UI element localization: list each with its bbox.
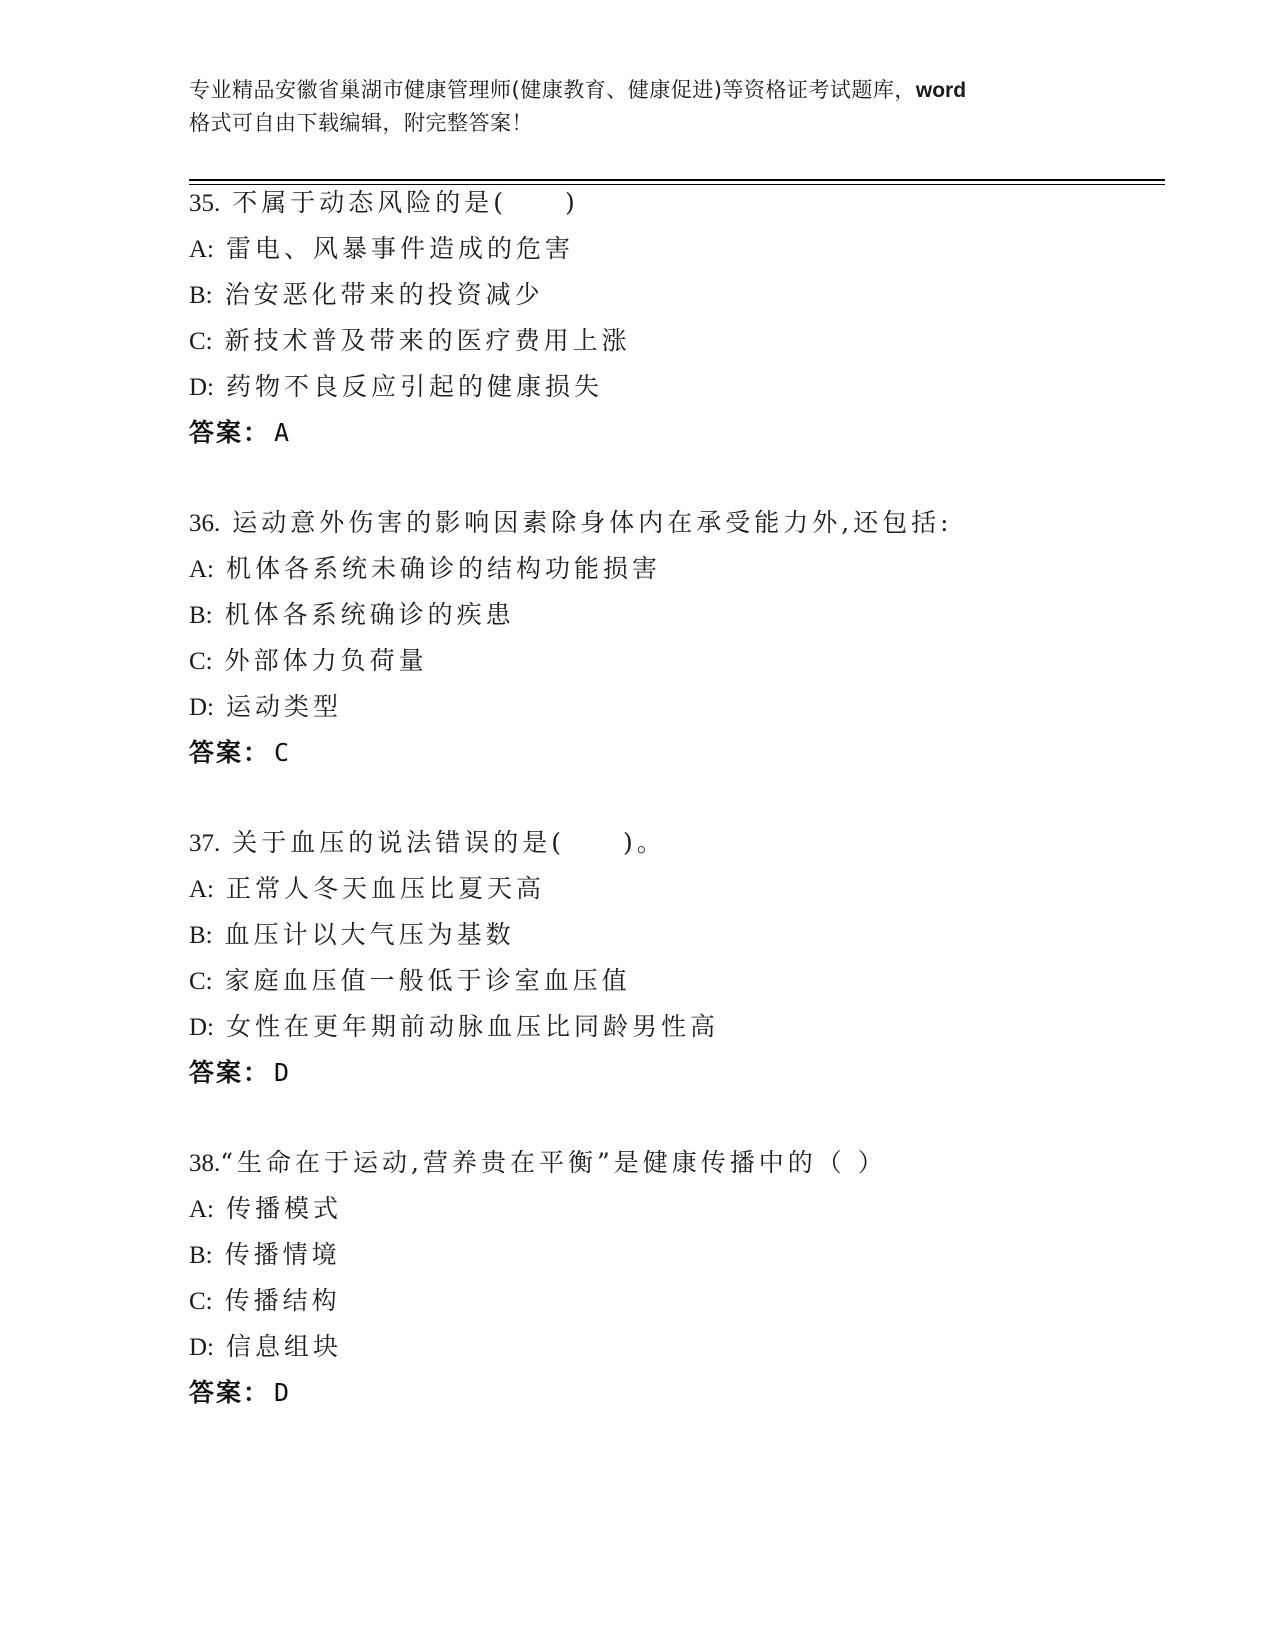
- answer-value: A: [274, 418, 291, 447]
- option-text: 机体各系统确诊的疾患: [225, 600, 515, 629]
- option-text: 血压计以大气压为基数: [225, 920, 515, 949]
- option-c: C: 家庭血压值一般低于诊室血压值: [189, 958, 1165, 1004]
- option-text: 外部体力负荷量: [225, 646, 428, 675]
- answer-label: 答案：: [189, 1058, 270, 1087]
- option-text: 药物不良反应引起的健康损失: [226, 372, 603, 401]
- option-text: 信息组块: [226, 1332, 342, 1361]
- answer-line: 答案：C: [189, 730, 1165, 776]
- question-35: 35. 不属于动态风险的是( ) A: 雷电、风暴事件造成的危害 B: 治安恶化…: [189, 180, 1165, 456]
- question-stem: 37. 关于血压的说法错误的是( )。: [189, 820, 1165, 866]
- option-b: B: 血压计以大气压为基数: [189, 912, 1165, 958]
- question-stem: 35. 不属于动态风险的是( ): [189, 180, 1165, 226]
- answer-value: C: [274, 738, 291, 767]
- question-number: 36.: [189, 510, 220, 537]
- question-37: 37. 关于血压的说法错误的是( )。 A: 正常人冬天血压比夏天高 B: 血压…: [189, 820, 1165, 1096]
- option-label: D:: [189, 1334, 214, 1361]
- option-text: 正常人冬天血压比夏天高: [226, 874, 545, 903]
- question-36: 36. 运动意外伤害的影响因素除身体内在承受能力外,还包括: A: 机体各系统未…: [189, 500, 1165, 776]
- option-label: B:: [189, 602, 213, 629]
- option-d: D: 女性在更年期前动脉血压比同龄男性高: [189, 1004, 1165, 1050]
- answer-label: 答案：: [189, 1378, 270, 1407]
- answer-line: 答案：D: [189, 1370, 1165, 1416]
- question-text: 关于血压的说法错误的是( )。: [232, 828, 666, 857]
- question-text: “生命在于运动,营养贵在平衡”是健康传播中的（ ）: [220, 1148, 886, 1177]
- answer-value: D: [274, 1378, 291, 1407]
- answer-label: 答案：: [189, 738, 270, 767]
- option-label: A:: [189, 1196, 214, 1223]
- question-number: 35.: [189, 190, 220, 217]
- option-d: D: 药物不良反应引起的健康损失: [189, 364, 1165, 410]
- option-d: D: 运动类型: [189, 684, 1165, 730]
- option-c: C: 新技术普及带来的医疗费用上涨: [189, 318, 1165, 364]
- option-b: B: 传播情境: [189, 1232, 1165, 1278]
- question-number: 38.: [189, 1150, 220, 1177]
- question-number: 37.: [189, 830, 220, 857]
- header-word-text: word: [916, 79, 966, 102]
- question-stem: 36. 运动意外伤害的影响因素除身体内在承受能力外,还包括:: [189, 500, 1165, 546]
- header-line-1: 专业精品安徽省巢湖市健康管理师(健康教育、健康促进)等资格证考试题库，word: [189, 74, 1089, 107]
- option-label: A:: [189, 876, 214, 903]
- option-label: D:: [189, 1014, 214, 1041]
- question-text: 不属于动态风险的是( ): [232, 188, 579, 217]
- option-a: A: 雷电、风暴事件造成的危害: [189, 226, 1165, 272]
- option-text: 治安恶化带来的投资减少: [225, 280, 544, 309]
- option-text: 运动类型: [226, 692, 342, 721]
- option-text: 家庭血压值一般低于诊室血压值: [225, 966, 631, 995]
- question-stem: 38.“生命在于运动,营养贵在平衡”是健康传播中的（ ）: [189, 1140, 1165, 1186]
- option-a: A: 机体各系统未确诊的结构功能损害: [189, 546, 1165, 592]
- option-label: A:: [189, 236, 214, 263]
- answer-label: 答案：: [189, 418, 270, 447]
- option-label: B:: [189, 1242, 213, 1269]
- option-b: B: 机体各系统确诊的疾患: [189, 592, 1165, 638]
- answer-line: 答案：D: [189, 1050, 1165, 1096]
- option-b: B: 治安恶化带来的投资减少: [189, 272, 1165, 318]
- header-title-text: 专业精品安徽省巢湖市健康管理师(健康教育、健康促进)等资格证考试题库，: [189, 78, 916, 102]
- option-text: 女性在更年期前动脉血压比同龄男性高: [226, 1012, 719, 1041]
- question-38: 38.“生命在于运动,营养贵在平衡”是健康传播中的（ ） A: 传播模式 B: …: [189, 1140, 1165, 1416]
- option-label: C:: [189, 968, 213, 995]
- option-label: C:: [189, 648, 213, 675]
- option-text: 雷电、风暴事件造成的危害: [226, 234, 574, 263]
- option-text: 机体各系统未确诊的结构功能损害: [226, 554, 661, 583]
- option-d: D: 信息组块: [189, 1324, 1165, 1370]
- option-label: C:: [189, 328, 213, 355]
- question-text: 运动意外伤害的影响因素除身体内在承受能力外,还包括:: [232, 508, 952, 537]
- option-label: D:: [189, 374, 214, 401]
- option-c: C: 传播结构: [189, 1278, 1165, 1324]
- option-a: A: 传播模式: [189, 1186, 1165, 1232]
- document-header: 专业精品安徽省巢湖市健康管理师(健康教育、健康促进)等资格证考试题库，word …: [189, 74, 1089, 140]
- option-a: A: 正常人冬天血压比夏天高: [189, 866, 1165, 912]
- option-label: D:: [189, 694, 214, 721]
- option-label: C:: [189, 1288, 213, 1315]
- option-label: A:: [189, 556, 214, 583]
- option-text: 传播结构: [225, 1286, 341, 1315]
- option-label: B:: [189, 282, 213, 309]
- option-text: 传播情境: [225, 1240, 341, 1269]
- option-text: 传播模式: [226, 1194, 342, 1223]
- answer-value: D: [274, 1058, 291, 1087]
- header-line-2: 格式可自由下载编辑，附完整答案！: [189, 107, 1089, 140]
- answer-line: 答案：A: [189, 410, 1165, 456]
- option-c: C: 外部体力负荷量: [189, 638, 1165, 684]
- option-text: 新技术普及带来的医疗费用上涨: [225, 326, 631, 355]
- option-label: B:: [189, 922, 213, 949]
